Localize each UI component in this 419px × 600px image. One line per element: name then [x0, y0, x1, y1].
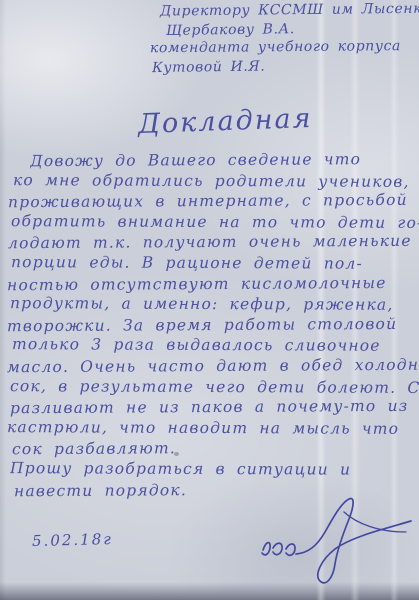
body-line: Прошу разобраться в ситуации и [10, 458, 419, 480]
body-line: проживающих в интернате, с просьбой [8, 190, 419, 213]
memo-photo: Директору КССМШ им Лысенко Щербакову В.А… [0, 0, 419, 600]
body-line: ко мне обратились родители учеников, [13, 170, 419, 192]
body-line: разливают не из паков а почему-то из [10, 396, 419, 419]
body-line: ностью отсутствуют кисломолочные [7, 272, 419, 295]
body-line: обратить внимание на то что дети го- [11, 211, 419, 233]
addressee-line: Директору КССМШ им Лысенко [160, 0, 419, 21]
sender-line: Кутовой И.Я. [152, 54, 419, 77]
memo-body: Довожу до Вашего сведение что ко мне обр… [4, 150, 419, 500]
body-line: кастрюли, что наводит на мысль что [7, 417, 419, 439]
signature-scrawl [256, 492, 418, 588]
addressee-block: Директору КССМШ им Лысенко Щербакову В.А… [150, 1, 419, 75]
body-line: продукты, а именно: кефир, ряженка, [10, 293, 419, 315]
body-line: лодают т.к. получают очень маленькие [8, 231, 419, 254]
body-line: порции еды. В рационе детей пол- [11, 252, 419, 274]
document-title: Докладная [138, 103, 313, 140]
body-line: сок, в результате чего дети болеют. Сок [10, 376, 419, 398]
body-line: Довожу до Вашего сведение что [30, 149, 419, 172]
body-line: творожки. За время работы столовой [7, 313, 419, 336]
body-line: масло. Очень часто дают в обед холодный [7, 355, 419, 378]
paper-speck [174, 452, 179, 456]
sender-line: коменданта учебного корпуса [150, 37, 419, 58]
body-line: сок разбавляют. [12, 437, 419, 460]
date: 5.02.18г [32, 530, 113, 550]
body-line: только 3 раза выдавалось сливочное [12, 334, 419, 356]
